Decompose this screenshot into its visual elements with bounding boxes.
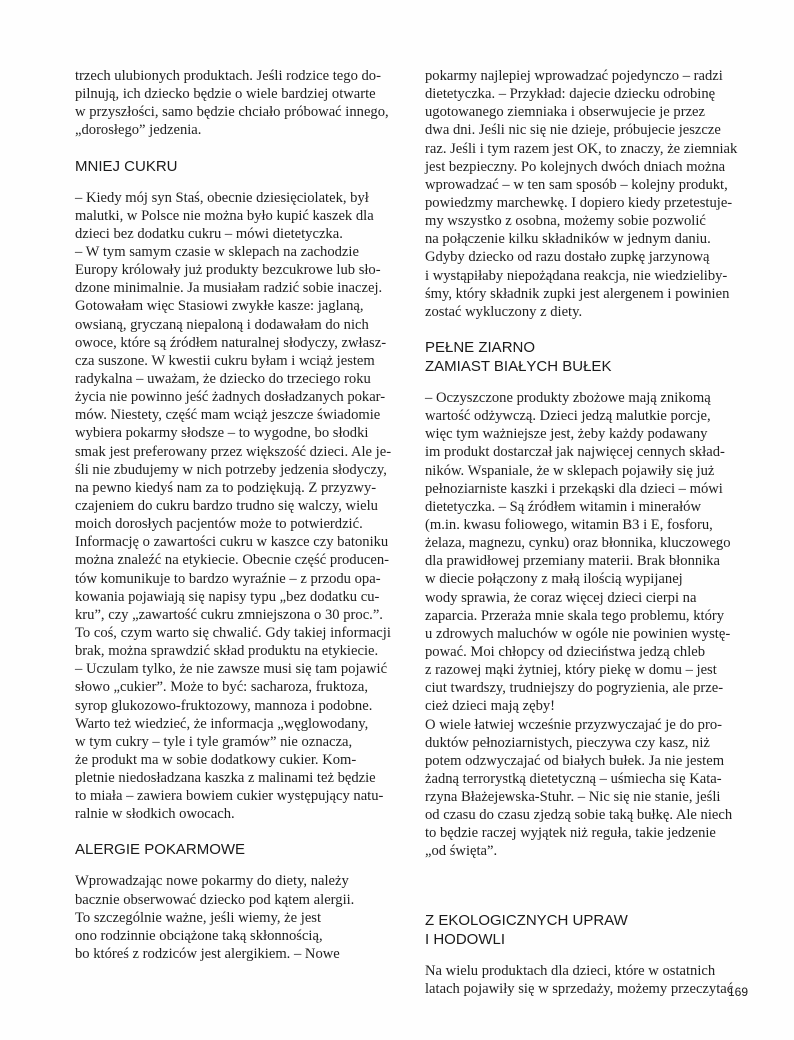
- text-line: im produkt dostarczał jak najwięcej cenn…: [425, 443, 755, 461]
- heading-line: PEŁNE ZIARNO: [425, 338, 755, 357]
- text-line: „dorosłego” jedzenia.: [75, 121, 405, 139]
- text-line: dzieci bez dodatku cukru – mówi dietetyc…: [75, 225, 405, 243]
- text-line: powiedzmy marchewkę. I dopiero kiedy prz…: [425, 194, 755, 212]
- text-line: potem odzwyczajać od białych bułek. Ja n…: [425, 752, 755, 770]
- text-line: my wszystko z osobna, możemy sobie pozwo…: [425, 212, 755, 230]
- heading-line: Z EKOLOGICZNYCH UPRAW: [425, 911, 755, 930]
- text-line: (m.in. kwasu foliowego, witamin B3 i E, …: [425, 516, 755, 534]
- text-line: zostać wykluczony z diety.: [425, 303, 755, 321]
- text-line: z razowej mąki żytniej, który piekę w do…: [425, 661, 755, 679]
- text-line: więc tym ważniejsze jest, żeby każdy pod…: [425, 425, 755, 443]
- text-line: dzone minimalnie. Ja musiałam radzić sob…: [75, 279, 405, 297]
- section-body-mniej-cukru: – Kiedy mój syn Staś, obecnie dziesięcio…: [75, 189, 405, 824]
- text-line: brak, można sprawdzić skład produktu na …: [75, 642, 405, 660]
- text-line: kowania pojawiają się napisy typu „bez d…: [75, 588, 405, 606]
- text-line: duktów pełnoziarnistych, pieczywa czy ka…: [425, 734, 755, 752]
- text-line: – Kiedy mój syn Staś, obecnie dziesięcio…: [75, 189, 405, 207]
- text-line: pletnie niedosładzana kaszka z malinami …: [75, 769, 405, 787]
- section-heading-mniej-cukru: MNIEJ CUKRU: [75, 157, 405, 176]
- text-line: rzyna Błażejewska-Stuhr. – Nic się nie s…: [425, 788, 755, 806]
- text-line: słowo „cukier”. Może to być: sacharoza, …: [75, 678, 405, 696]
- text-line: na pewno kiedyś nam za to podziękują. Z …: [75, 479, 405, 497]
- section-body-pelne-ziarno: – Oczyszczone produkty zbożowe mają znik…: [425, 389, 755, 861]
- text-line: wprowadzać – w ten sam sposób – kolejny …: [425, 176, 755, 194]
- text-line: pokarmy najlepiej wprowadzać pojedynczo …: [425, 67, 755, 85]
- text-line: moich dorosłych pacjentów może to potwie…: [75, 515, 405, 533]
- text-line: Gdyby dziecko od razu dostało zupkę jarz…: [425, 248, 755, 266]
- text-line: dietetyczka. – Są źródłem witamin i mine…: [425, 498, 755, 516]
- text-line: cza suszone. W kwestii cukru byłam i wci…: [75, 352, 405, 370]
- text-line: wody sprawia, że coraz więcej dzieci cie…: [425, 589, 755, 607]
- text-line: Warto też wiedzieć, że informacja „węglo…: [75, 715, 405, 733]
- right-column: pokarmy najlepiej wprowadzać pojedynczo …: [425, 67, 755, 998]
- intro-paragraph-right: pokarmy najlepiej wprowadzać pojedynczo …: [425, 67, 755, 321]
- text-line: od czasu do czasu zjedzą sobie taką bułk…: [425, 806, 755, 824]
- heading-line: I HODOWLI: [425, 930, 755, 949]
- text-line: ugotowanego ziemniaka i obserwujecie je …: [425, 103, 755, 121]
- text-line: ciut twardszy, trudniejszy do pogryzieni…: [425, 679, 755, 697]
- text-line: czajeniem do cukru bardzo trudno się wal…: [75, 497, 405, 515]
- text-line: „od święta”.: [425, 842, 755, 860]
- text-line: zaparcia. Przeraża mnie skala tego probl…: [425, 607, 755, 625]
- text-line: raz. Jeśli i tym razem jest OK, to znacz…: [425, 140, 755, 158]
- text-line: owsianą, gryczaną niepaloną i dodawałam …: [75, 316, 405, 334]
- text-line: śmy, który składnik zupki jest alergenem…: [425, 285, 755, 303]
- page-number: 169: [728, 985, 748, 999]
- text-line: owoce, które są źródłem naturalnej słody…: [75, 334, 405, 352]
- text-line: latach pojawiły się w sprzedaży, możemy …: [425, 980, 755, 998]
- text-line: Informację o zawartości cukru w kaszce c…: [75, 533, 405, 551]
- text-line: cież dzieci mają zęby!: [425, 697, 755, 715]
- text-line: żelaza, magnezu, cynku) oraz błonnika, k…: [425, 534, 755, 552]
- text-line: bacznie obserwować dziecko pod kątem ale…: [75, 891, 405, 909]
- text-line: smak jest preferowany przez większość dz…: [75, 443, 405, 461]
- section-body-ekologiczne: Na wielu produktach dla dzieci, które w …: [425, 962, 755, 998]
- text-line: kru”, czy „zawartość cukru zmniejszona o…: [75, 606, 405, 624]
- text-line: dietetyczka. – Przykład: dajecie dziecku…: [425, 85, 755, 103]
- text-line: ralnie w słodkich owocach.: [75, 805, 405, 823]
- text-line: To coś, czym warto się chwalić. Gdy taki…: [75, 624, 405, 642]
- section-body-alergie: Wprowadzając nowe pokarmy do diety, nale…: [75, 872, 405, 963]
- book-page: trzech ulubionych produktach. Jeśli rodz…: [0, 0, 794, 1040]
- section-heading-pelne-ziarno: PEŁNE ZIARNO ZAMIAST BIAŁYCH BUŁEK: [425, 338, 755, 376]
- text-line: syrop glukozowo-fruktozowy, mannoza i po…: [75, 697, 405, 715]
- text-line: pilnują, ich dziecko będzie o wiele bard…: [75, 85, 405, 103]
- text-line: radykalna – uważam, że dziecko do trzeci…: [75, 370, 405, 388]
- text-line: O wiele łatwiej wcześnie przyzwyczajać j…: [425, 716, 755, 734]
- text-line: trzech ulubionych produktach. Jeśli rodz…: [75, 67, 405, 85]
- text-line: wybiera pokarmy słodsze – to wygodne, bo…: [75, 424, 405, 442]
- text-line: i wystąpiłaby niepożądana reakcja, nie w…: [425, 267, 755, 285]
- text-line: – Oczyszczone produkty zbożowe mają znik…: [425, 389, 755, 407]
- text-line: śli nie zbudujemy w nich potrzeby jedzen…: [75, 461, 405, 479]
- text-line: można znaleźć na etykiecie. Obecnie częś…: [75, 551, 405, 569]
- text-line: Na wielu produktach dla dzieci, które w …: [425, 962, 755, 980]
- text-line: życia nie powinno jeść żadnych dosładzan…: [75, 388, 405, 406]
- text-line: Wprowadzając nowe pokarmy do diety, nale…: [75, 872, 405, 890]
- left-column: trzech ulubionych produktach. Jeśli rodz…: [75, 67, 405, 963]
- text-line: wartość odżywczą. Dzieci jedzą malutkie …: [425, 407, 755, 425]
- text-line: w diecie połączony z małą ilością wypija…: [425, 570, 755, 588]
- text-line: Europy królowały już produkty bezcukrowe…: [75, 261, 405, 279]
- text-line: to miała – zawiera bowiem cukier występu…: [75, 787, 405, 805]
- text-line: w tym cukry – tyle i tyle gramów” nie oz…: [75, 733, 405, 751]
- text-line: mów. Niestety, część mam wciąż jeszcze ś…: [75, 406, 405, 424]
- text-line: ono rodzinnie obciążone taką skłonnością…: [75, 927, 405, 945]
- text-line: w przyszłości, samo będzie chciało próbo…: [75, 103, 405, 121]
- text-line: pełnoziarniste kaszki i przekąski dla dz…: [425, 480, 755, 498]
- text-line: u zdrowych maluchów w ogóle nie powinien…: [425, 625, 755, 643]
- text-line: – W tym samym czasie w sklepach na zacho…: [75, 243, 405, 261]
- section-heading-alergie: ALERGIE POKARMOWE: [75, 840, 405, 859]
- text-line: tów komunikuje to bardzo wyraźnie – z pr…: [75, 570, 405, 588]
- text-line: – Uczulam tylko, że nie zawsze musi się …: [75, 660, 405, 678]
- text-line: dwa dni. Jeśli nic się nie dzieje, próbu…: [425, 121, 755, 139]
- heading-line: ZAMIAST BIAŁYCH BUŁEK: [425, 357, 755, 376]
- text-line: jest bezpieczny. Po kolejnych dwóch dnia…: [425, 158, 755, 176]
- text-line: bo któreś z rodziców jest alergikiem. – …: [75, 945, 405, 963]
- text-line: malutki, w Polsce nie można było kupić k…: [75, 207, 405, 225]
- text-line: Gotowałam więc Stasiowi zwykłe kasze: ja…: [75, 297, 405, 315]
- text-line: ników. Wspaniale, że w sklepach pojawiły…: [425, 462, 755, 480]
- text-line: dla prawidłowej przemiany materii. Brak …: [425, 552, 755, 570]
- intro-paragraph-left: trzech ulubionych produktach. Jeśli rodz…: [75, 67, 405, 140]
- text-line: pować. Moi chłopcy od dzieciństwa jedzą …: [425, 643, 755, 661]
- text-line: że produkt ma w sobie dodatkowy cukier. …: [75, 751, 405, 769]
- section-heading-ekologiczne: Z EKOLOGICZNYCH UPRAW I HODOWLI: [425, 911, 755, 949]
- text-line: na połączenie kilku składników w jednym …: [425, 230, 755, 248]
- text-line: To szczególnie ważne, jeśli wiemy, że je…: [75, 909, 405, 927]
- text-line: żadną terrorystką dietetyczną – uśmiecha…: [425, 770, 755, 788]
- text-line: to będzie raczej wyjątek niż reguła, tak…: [425, 824, 755, 842]
